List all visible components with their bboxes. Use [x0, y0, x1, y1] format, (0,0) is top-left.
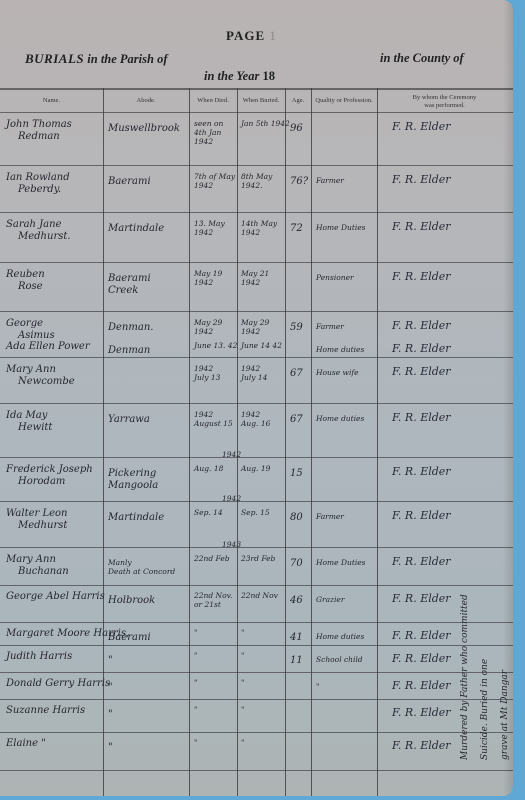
- died-cell: June 13. 42: [194, 341, 237, 350]
- column-rule: [189, 88, 190, 796]
- officiant-cell: F. R. Elder: [392, 221, 451, 233]
- abode-cell: ": [108, 682, 113, 694]
- row-rule: [0, 501, 513, 502]
- buried-cell: Sep. 15: [241, 508, 270, 517]
- officiant-cell: F. R. Elder: [392, 366, 451, 378]
- officiant-cell: F. R. Elder: [392, 556, 451, 568]
- abode-cell: ManlyDeath at Concord: [108, 558, 175, 576]
- abode-cell: PickeringMangoola: [108, 468, 158, 492]
- buried-cell: 22nd Nov: [241, 591, 278, 600]
- died-cell: 22nd Feb: [194, 554, 230, 563]
- died-cell: 1942August 15: [194, 410, 233, 428]
- year-heading: in the Year 18: [204, 69, 275, 84]
- officiant-cell: F. R. Elder: [392, 412, 451, 424]
- officiant-cell: F. R. Elder: [392, 121, 451, 133]
- page-number-heading: PAGE 1: [226, 28, 277, 44]
- died-cell: ": [194, 628, 197, 637]
- abode-cell: Denman.: [108, 322, 153, 334]
- died-cell: 22nd Nov.or 21st: [194, 591, 232, 609]
- age-cell: 67: [290, 414, 303, 426]
- column-header: When Buried.: [237, 97, 285, 105]
- age-cell: 76?: [290, 176, 308, 188]
- officiant-cell: F. R. Elder: [392, 707, 451, 719]
- buried-cell: May 211942: [241, 269, 269, 287]
- buried-cell: ": [241, 628, 244, 637]
- abode-cell: ": [108, 655, 113, 667]
- row-rule: [0, 770, 513, 771]
- column-header: Abode.: [103, 97, 189, 105]
- profession-cell: Home Duties: [316, 558, 366, 567]
- abode-cell: ": [108, 742, 113, 754]
- buried-cell: ": [241, 738, 244, 747]
- name-cell: Elaine ": [6, 738, 46, 750]
- buried-cell: ": [241, 705, 244, 714]
- profession-cell: Pensioner: [316, 273, 354, 282]
- died-cell: May 191942: [194, 269, 222, 287]
- row-rule: [0, 645, 513, 646]
- profession-cell: Home duties: [316, 632, 364, 641]
- name-cell: GeorgeAsimus: [6, 318, 55, 342]
- name-cell: Donald Gerry Harris: [6, 678, 110, 690]
- abode-cell: BaeramiCreek: [108, 273, 151, 297]
- died-cell: Aug. 18: [194, 464, 223, 473]
- died-cell: 1942July 13: [194, 364, 220, 382]
- column-header: Name.: [0, 97, 103, 105]
- row-rule: [0, 212, 513, 213]
- abode-cell: ": [108, 709, 113, 721]
- buried-cell: ": [241, 678, 244, 687]
- age-cell: 59: [290, 322, 303, 334]
- row-rule: [0, 403, 513, 404]
- name-cell: ReubenRose: [6, 269, 45, 293]
- column-rule: [285, 88, 286, 796]
- margin-note: Murdered by Father who committed Suicide…: [455, 590, 513, 760]
- buried-cell: 1942Aug. 16: [241, 410, 270, 428]
- buried-cell: May 291942: [241, 318, 269, 336]
- profession-cell: School child: [316, 655, 363, 664]
- age-cell: 72: [290, 223, 303, 235]
- age-cell: 70: [290, 558, 303, 570]
- row-rule: [0, 547, 513, 548]
- died-cell: ": [194, 678, 197, 687]
- profession-cell: Farmer: [316, 512, 344, 521]
- died-cell: 13. May1942: [194, 219, 225, 237]
- abode-cell: Muswellbrook: [108, 123, 180, 135]
- column-rule: [311, 88, 312, 796]
- officiant-cell: F. R. Elder: [392, 320, 451, 332]
- officiant-cell: F. R. Elder: [392, 680, 451, 692]
- buried-cell: ": [241, 651, 244, 660]
- officiant-cell: F. R. Elder: [392, 174, 451, 186]
- officiant-cell: F. R. Elder: [392, 466, 451, 478]
- buried-cell: Jan 5th 1942: [241, 119, 290, 128]
- profession-cell: Home Duties: [316, 223, 366, 232]
- row-rule: [0, 585, 513, 586]
- row-rule: [0, 622, 513, 623]
- age-cell: 67: [290, 368, 303, 380]
- profession-cell: ": [316, 682, 319, 691]
- age-cell: 96: [290, 123, 303, 135]
- row-rule: [0, 262, 513, 263]
- officiant-cell: F. R. Elder: [392, 630, 451, 642]
- row-rule: [0, 732, 513, 733]
- profession-cell: Home duties: [316, 345, 364, 354]
- abode-cell: Baerami: [108, 176, 151, 188]
- column-rule: [377, 88, 378, 796]
- age-cell: 11: [290, 655, 303, 667]
- officiant-cell: F. R. Elder: [392, 271, 451, 283]
- row-rule: [0, 457, 513, 458]
- buried-cell: 1942July 14: [241, 364, 267, 382]
- died-cell: ": [194, 651, 197, 660]
- column-header: Quality or Profession.: [311, 97, 377, 105]
- profession-cell: Farmer: [316, 322, 344, 331]
- name-cell: Suzanne Harris: [6, 705, 85, 717]
- column-header: When Died.: [189, 97, 237, 105]
- profession-cell: Grazier: [316, 595, 344, 604]
- row-rule: [0, 699, 513, 700]
- parish-heading: BURIALS in the Parish of: [25, 51, 168, 67]
- abode-cell: Yarrawa: [108, 414, 150, 426]
- year-note: 1942: [222, 450, 241, 459]
- county-heading: in the County of: [380, 51, 464, 66]
- abode-cell: Martindale: [108, 223, 164, 235]
- row-rule: [0, 357, 513, 358]
- officiant-cell: F. R. Elder: [392, 343, 451, 355]
- officiant-cell: F. R. Elder: [392, 740, 451, 752]
- buried-cell: 23rd Feb: [241, 554, 275, 563]
- died-cell: ": [194, 738, 197, 747]
- age-cell: 46: [290, 595, 303, 607]
- name-cell: Sarah JaneMedhurst.: [6, 219, 71, 243]
- name-cell: Judith Harris: [6, 651, 72, 663]
- name-cell: Ida MayHewitt: [6, 410, 52, 434]
- abode-cell: Martindale: [108, 512, 164, 524]
- row-rule: [0, 112, 513, 113]
- died-cell: ": [194, 705, 197, 714]
- officiant-cell: F. R. Elder: [392, 510, 451, 522]
- row-rule: [0, 165, 513, 166]
- name-cell: Ada Ellen Power: [6, 341, 90, 353]
- name-cell: Frederick JosephHorodam: [6, 464, 93, 488]
- column-rule: [237, 88, 238, 796]
- abode-cell: Holbrook: [108, 595, 155, 607]
- buried-cell: 14th May1942: [241, 219, 277, 237]
- abode-cell: Denman: [108, 345, 150, 357]
- age-cell: 80: [290, 512, 303, 524]
- register-page: PAGE 1 BURIALS in the Parish of in the C…: [0, 0, 513, 796]
- name-cell: Walter LeonMedhurst: [6, 508, 67, 532]
- name-cell: George Abel Harris: [6, 591, 105, 603]
- row-rule: [0, 88, 513, 90]
- column-header: By whom the Ceremony was performed.: [377, 94, 512, 110]
- died-cell: seen on4th Jan1942: [194, 119, 223, 146]
- died-cell: Sep. 14: [194, 508, 223, 517]
- died-cell: May 291942: [194, 318, 222, 336]
- year-note: 1942: [222, 494, 241, 503]
- name-cell: Mary AnnBuchanan: [6, 554, 69, 578]
- row-rule: [0, 672, 513, 673]
- row-rule: [0, 311, 513, 312]
- officiant-cell: F. R. Elder: [392, 593, 451, 605]
- profession-cell: House wife: [316, 368, 359, 377]
- officiant-cell: F. R. Elder: [392, 653, 451, 665]
- profession-cell: Home duties: [316, 414, 364, 423]
- buried-cell: Aug. 19: [241, 464, 270, 473]
- buried-cell: 8th May1942.: [241, 172, 272, 190]
- abode-cell: Baerami: [108, 632, 151, 644]
- year-note: 1943: [222, 540, 241, 549]
- name-cell: Ian RowlandPeberdy.: [6, 172, 70, 196]
- died-cell: 7th of May1942: [194, 172, 235, 190]
- age-cell: 41: [290, 632, 303, 644]
- buried-cell: June 14 42: [241, 341, 282, 350]
- name-cell: John ThomasRedman: [6, 119, 72, 143]
- profession-cell: Farmer: [316, 176, 344, 185]
- age-cell: 15: [290, 468, 303, 480]
- name-cell: Mary AnnNewcombe: [6, 364, 75, 388]
- column-header: Age.: [285, 97, 311, 105]
